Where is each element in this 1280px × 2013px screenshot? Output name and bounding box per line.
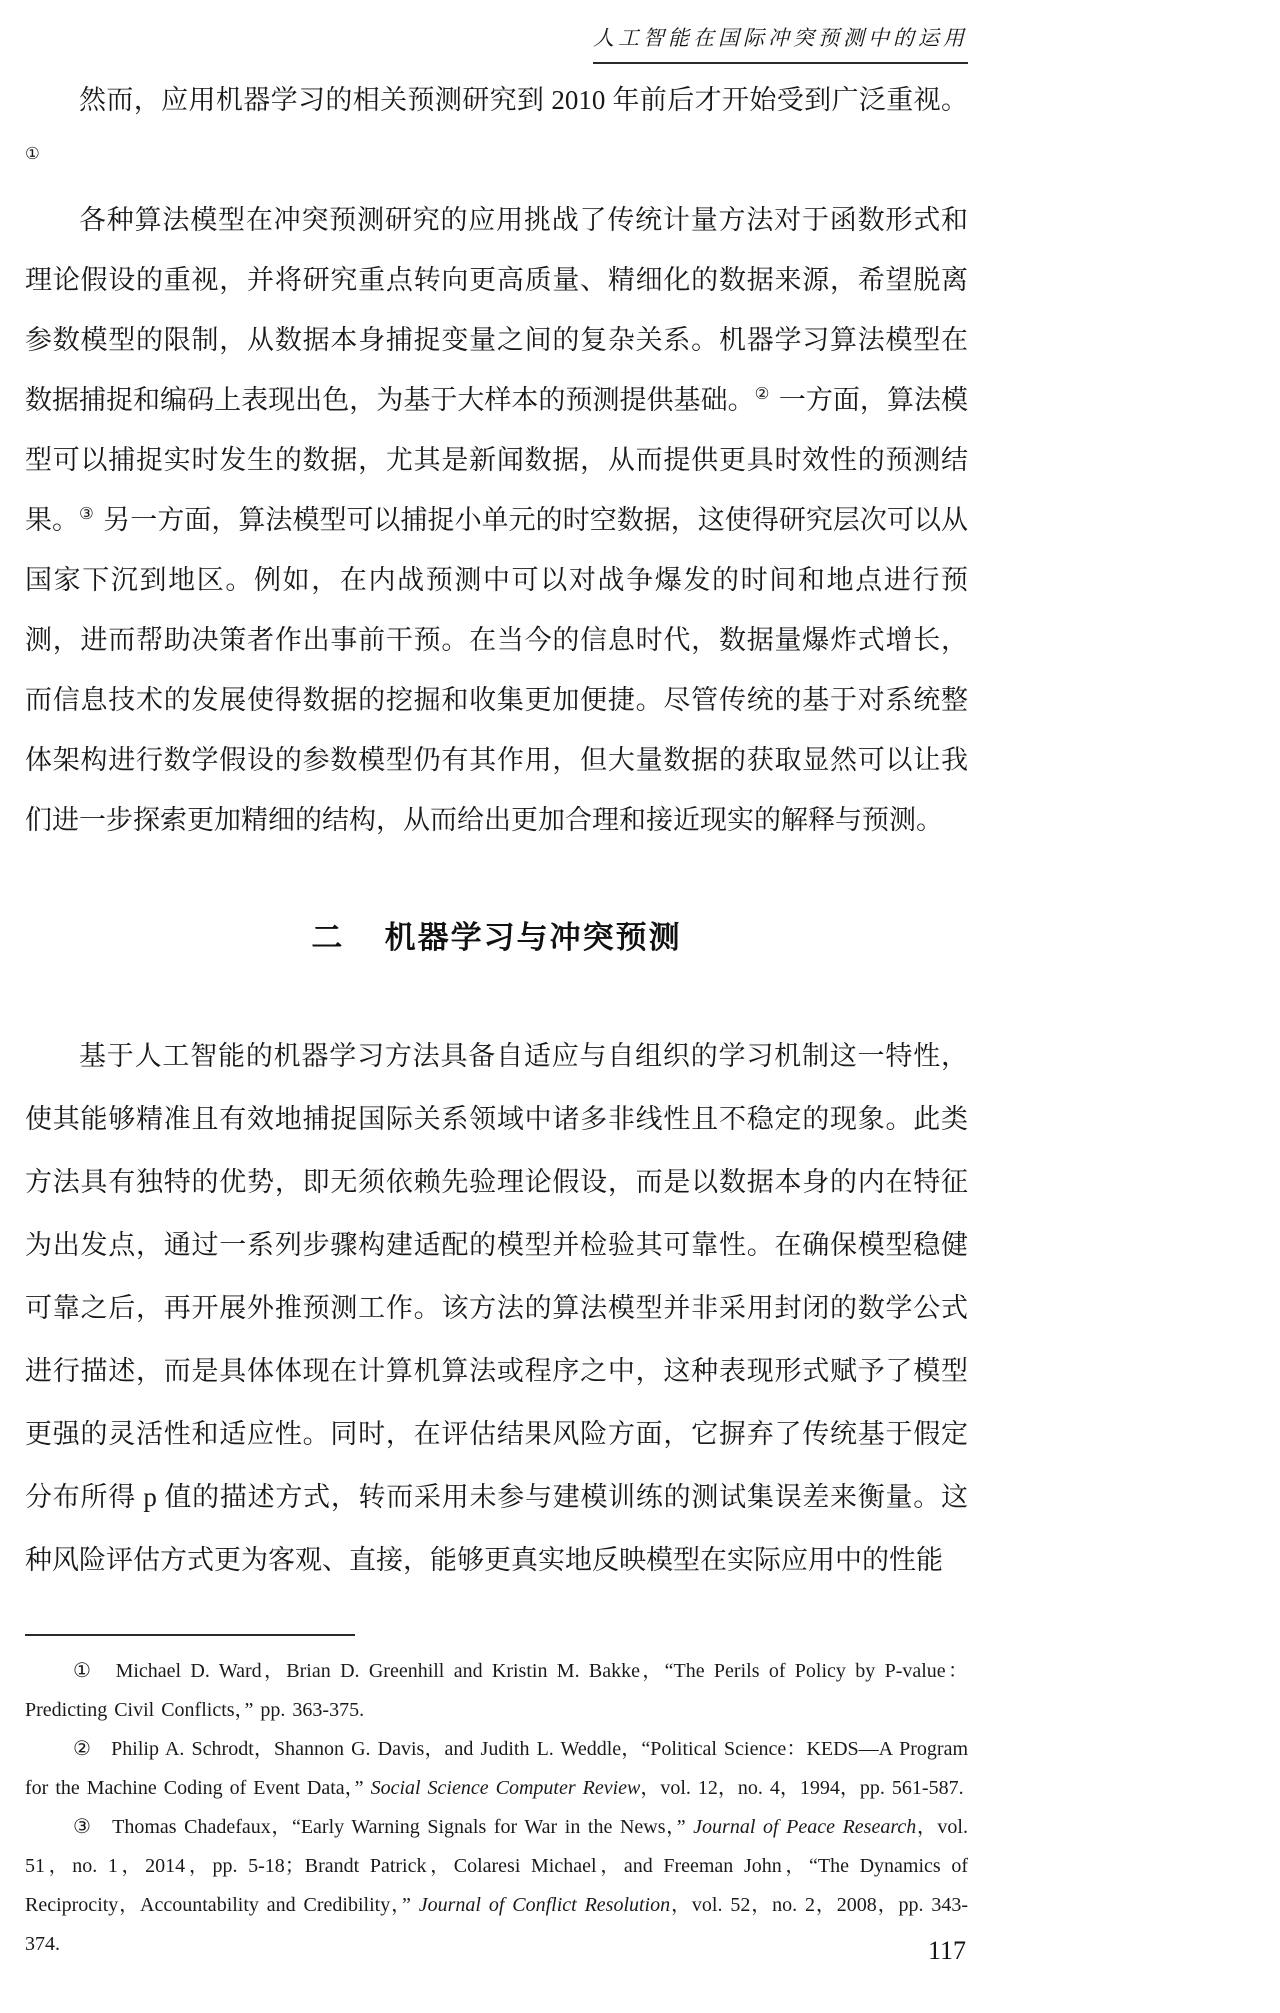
page-number: 117 xyxy=(928,1936,966,1966)
footnote-ref-2: ② xyxy=(755,384,770,403)
paragraph-2-text-c: 另一方面，算法模型可以捕捉小单元的时空数据，这使得研究层次可以从国家下沉到地区。… xyxy=(25,505,968,835)
section-heading-title: 机器学习与冲突预测 xyxy=(385,920,682,955)
footnote-separator xyxy=(25,1634,355,1636)
footnote-3: ③ Thomas Chadefaux，“Early Warning Signal… xyxy=(25,1808,968,1964)
footnote-area: ① Michael D. Ward，Brian D. Greenhill and… xyxy=(25,1634,968,1964)
footnote-2-journal: Social Science Computer Review xyxy=(371,1777,641,1799)
page-header: 人工智能在国际冲突预测中的运用 xyxy=(25,22,968,64)
footnote-3-text-a: ③ Thomas Chadefaux，“Early Warning Signal… xyxy=(73,1816,693,1838)
footnote-3-journal-2: Journal of Conflict Resolution xyxy=(419,1894,670,1916)
section-heading-number: 二 xyxy=(311,920,344,955)
page-content: 然而，应用机器学习的相关预测研究到 2010 年前后才开始受到广泛重视。① 各种… xyxy=(25,70,968,1964)
footnote-1: ① Michael D. Ward，Brian D. Greenhill and… xyxy=(25,1652,968,1730)
document-page: 人工智能在国际冲突预测中的运用 然而，应用机器学习的相关预测研究到 2010 年… xyxy=(0,0,1280,2013)
footnote-1-text: ① Michael D. Ward，Brian D. Greenhill and… xyxy=(25,1660,968,1721)
paragraph-2: 各种算法模型在冲突预测研究的应用挑战了传统计量方法对于函数形式和理论假设的重视，… xyxy=(25,190,968,850)
paragraph-1: 然而，应用机器学习的相关预测研究到 2010 年前后才开始受到广泛重视。① xyxy=(25,70,968,190)
running-title: 人工智能在国际冲突预测中的运用 xyxy=(593,22,968,64)
footnote-ref-1: ① xyxy=(25,144,40,163)
paragraph-1-text: 然而，应用机器学习的相关预测研究到 2010 年前后才开始受到广泛重视。 xyxy=(79,85,968,115)
paragraph-3: 基于人工智能的机器学习方法具备自适应与自组织的学习机制这一特性，使其能够精准且有… xyxy=(25,1025,968,1592)
footnote-ref-3: ③ xyxy=(79,504,94,523)
paragraph-3-text: 基于人工智能的机器学习方法具备自适应与自组织的学习机制这一特性，使其能够精准且有… xyxy=(25,1041,968,1575)
section-heading: 二机器学习与冲突预测 xyxy=(25,912,968,957)
paragraph-2-text-a: 各种算法模型在冲突预测研究的应用挑战了传统计量方法对于函数形式和理论假设的重视，… xyxy=(25,205,968,415)
footnote-3-journal-1: Journal of Peace Research xyxy=(693,1816,916,1838)
footnote-2-text-b: ，vol. 12，no. 4，1994，pp. 561-587. xyxy=(640,1777,963,1799)
footnote-2: ② Philip A. Schrodt，Shannon G. Davis，and… xyxy=(25,1730,968,1808)
